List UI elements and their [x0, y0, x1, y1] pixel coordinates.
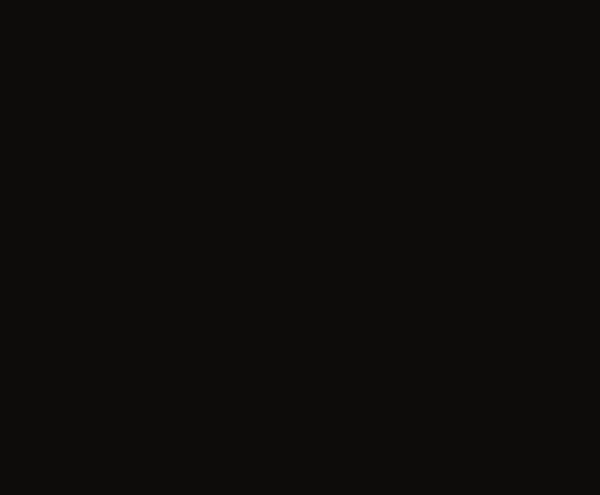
- photo-background-bottom: [0, 0, 600, 495]
- manuscript-photo: Tertia pars artis naualis. nil conferunt…: [0, 0, 600, 495]
